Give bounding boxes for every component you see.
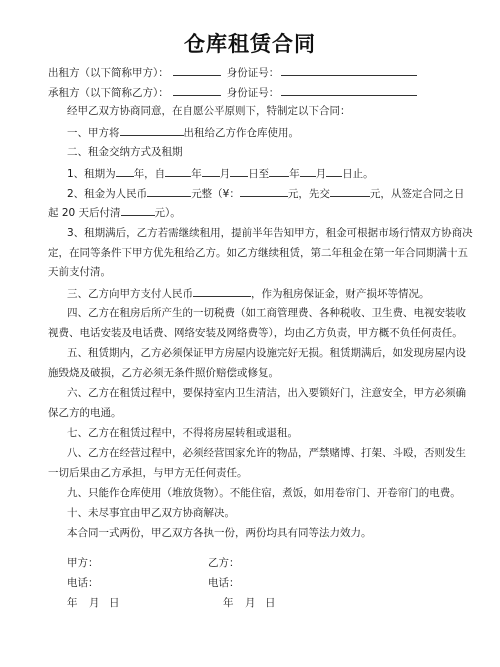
item-2-f: 元）。 (155, 207, 181, 219)
clause-3-a: 三、乙方向甲方支付人民币 (67, 288, 193, 300)
clause-3: 三、乙方向甲方支付人民币，作为租房保证金，财产损坏等情况。 (67, 286, 430, 301)
item-2-d: 元，从签定合同之日 (370, 188, 465, 200)
end-day-blank[interactable] (326, 166, 342, 177)
item-3-line-1: 3、租期满后，乙方若需继续租用，提前半年告知甲方，租金可根据市场行情双方协商决 (67, 226, 473, 240)
item-3-line-3: 天前支付清。 (48, 265, 111, 279)
item-2-e: 起 20 天后付清 (48, 207, 121, 219)
party-a-day: 日 (109, 595, 120, 610)
item-1-term: 1、租期为年，自年月日至年月日止。 (67, 166, 374, 181)
party-b-day: 日 (265, 595, 276, 610)
clause-9: 九、只能作仓库使用（堆放货物）。不能住宿，煮饭，如用卷帘门、开卷帘门的电费。 (67, 486, 461, 500)
clause-4-line-2: 视费、电话安装及电话费、网络安装及网络费等），均由乙方负责，甲方概不负任何责任。 (48, 326, 463, 340)
clause-2-heading: 二、租金交纳方式及租期 (67, 145, 183, 159)
lessee-name-blank[interactable] (173, 85, 221, 96)
security-deposit-blank[interactable] (193, 286, 251, 297)
clause-8-line-2: 一切后果由乙方承担，与甲方无任何责任。 (48, 466, 248, 480)
lessor-label: 出租方（以下简称甲方）： (48, 67, 169, 79)
clause-1-text-a: 一、甲方将 (67, 127, 120, 139)
deposit-first-blank[interactable] (330, 186, 370, 197)
rent-amount-blank[interactable] (147, 186, 191, 197)
party-b-month: 月 (245, 595, 265, 610)
clause-10: 十、未尽事宜由甲乙双方协商解决。 (67, 506, 235, 520)
item-1-b: 年，自 (134, 168, 166, 180)
property-blank[interactable] (120, 125, 184, 136)
clause-6-line-1: 六、乙方在租赁过程中，要保持室内卫生清洁，出入要锁好门，注意安全，甲方必须确 (67, 386, 466, 400)
party-b-date: 年月日 (223, 595, 276, 610)
document-title: 仓库租赁合同 (0, 28, 500, 58)
party-b-phone-label: 电话： (208, 575, 240, 590)
item-1-a: 1、租期为 (67, 168, 116, 180)
item-2-a: 2、租金为人民币 (67, 188, 147, 200)
lessee-id-blank[interactable] (281, 85, 417, 96)
rent-numeric-blank[interactable] (240, 186, 288, 197)
party-b-signature-label: 乙方： (208, 555, 240, 570)
end-month-blank[interactable] (300, 166, 316, 177)
lessee-id-label: 身份证号： (227, 87, 280, 99)
party-a-date: 年月日 (67, 595, 120, 610)
clause-4-line-1: 四、乙方在租房后所产生的一切税费（如工商管理费、各种税收、卫生费、电视安装收 (67, 306, 466, 320)
party-b-year: 年 (223, 595, 245, 610)
item-2-rent: 2、租金为人民币元整（¥：元，先交元，从签定合同之日 (67, 186, 464, 201)
item-1-e: 日至 (248, 168, 269, 180)
lessee-label: 承租方（以下简称乙方）： (48, 87, 169, 99)
clause-1: 一、甲方将出租给乙方作仓库使用。 (67, 125, 299, 140)
item-2-c: 元，先交 (288, 188, 330, 200)
item-3-line-2: 定，在同等条件下甲方优先租给乙方。如乙方继续租赁，第二年租金在第一年合同期满十五 (48, 246, 468, 260)
start-year-blank[interactable] (165, 166, 191, 177)
clause-5-line-2: 施毁烧及破损，乙方必须无条件照价赔偿或修复。 (48, 366, 279, 380)
party-a-month: 月 (89, 595, 109, 610)
item-1-h: 日止。 (342, 168, 374, 180)
lessor-id-label: 身份证号： (227, 67, 280, 79)
contract-page: 仓库租赁合同 出租方（以下简称甲方）：身份证号： 承租方（以下简称乙方）：身份证… (0, 0, 500, 667)
item-1-d: 月 (220, 168, 231, 180)
clause-1-text-b: 出租给乙方作仓库使用。 (184, 127, 300, 139)
party-a-year: 年 (67, 595, 89, 610)
clause-3-b: ，作为租房保证金，财产损坏等情况。 (251, 288, 430, 300)
clause-6-line-2: 保乙方的电通。 (48, 406, 122, 420)
closing-statement: 本合同一式两份，甲乙双方各执一份，两份均具有同等法力效力。 (67, 526, 372, 540)
item-1-f: 年 (289, 168, 300, 180)
item-1-c: 年 (191, 168, 202, 180)
item-1-g: 月 (316, 168, 327, 180)
party-a-phone-label: 电话： (67, 575, 99, 590)
balance-blank[interactable] (121, 205, 155, 216)
clause-7: 七、乙方在租赁过程中，不得将房屋转租或退租。 (67, 426, 298, 440)
item-2-rent-cont: 起 20 天后付清元）。 (48, 205, 181, 220)
end-year-blank[interactable] (269, 166, 289, 177)
party-a-signature-label: 甲方： (67, 555, 99, 570)
preamble: 经甲乙双方协商同意，在自愿公平原则下，特制定以下合同： (67, 104, 351, 118)
lessee-line: 承租方（以下简称乙方）：身份证号： (48, 85, 417, 100)
clause-5-line-1: 五、租赁期内，乙方必须保证甲方房屋内设施完好无损。租赁期满后，如发现房屋内设 (67, 346, 466, 360)
item-2-b: 元整（¥： (191, 188, 240, 200)
term-years-blank[interactable] (116, 166, 134, 177)
start-month-blank[interactable] (202, 166, 220, 177)
lessor-line: 出租方（以下简称甲方）：身份证号： (48, 65, 417, 80)
lessor-name-blank[interactable] (173, 65, 221, 76)
lessor-id-blank[interactable] (281, 65, 417, 76)
start-day-blank[interactable] (230, 166, 248, 177)
clause-8-line-1: 八、乙方在经营过程中，必须经营国家允许的物品，严禁赌博、打架、斗殴，否则发生 (67, 446, 466, 460)
